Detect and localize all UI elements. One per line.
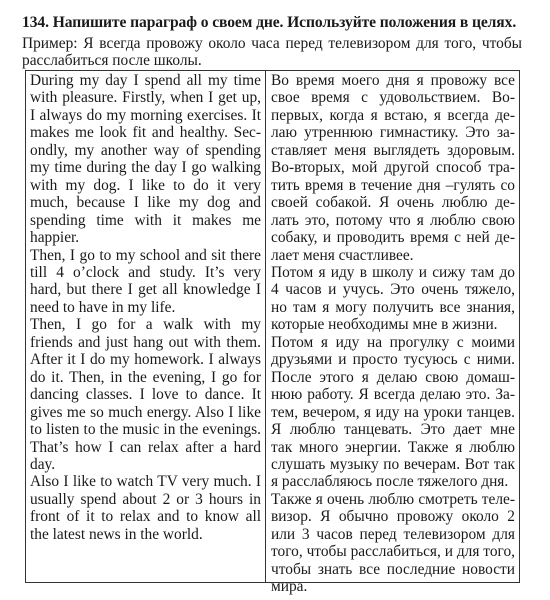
english-paragraph-4: Also I like to watch TV very much. I usu… bbox=[30, 473, 261, 543]
russian-paragraph-4: Также я очень люблю смотреть теле­визор.… bbox=[271, 491, 515, 596]
exercise-example: Пример: Я всегда провожу около часа пере… bbox=[22, 35, 522, 69]
russian-paragraph-2: Потом я иду в школу и сижу там до 4 часо… bbox=[271, 264, 515, 334]
english-column: During my day I spend all my time with p… bbox=[26, 71, 266, 582]
translation-table: During my day I spend all my time with p… bbox=[25, 70, 520, 583]
exercise-heading: 134. Напишите параграф о своем дне. Испо… bbox=[22, 14, 542, 32]
english-paragraph-3: Then, I go for a walk with my friends an… bbox=[30, 316, 261, 473]
russian-paragraph-3: Потом я иду на прогулку с моими друзьями… bbox=[271, 334, 515, 491]
english-paragraph-1: During my day I spend all my time with p… bbox=[30, 72, 261, 247]
russian-column: Во время моего дня я провожу все свое вр… bbox=[266, 71, 519, 582]
russian-paragraph-1: Во время моего дня я провожу все свое вр… bbox=[271, 72, 515, 264]
english-paragraph-2: Then, I go to my school and sit there ti… bbox=[30, 247, 261, 317]
